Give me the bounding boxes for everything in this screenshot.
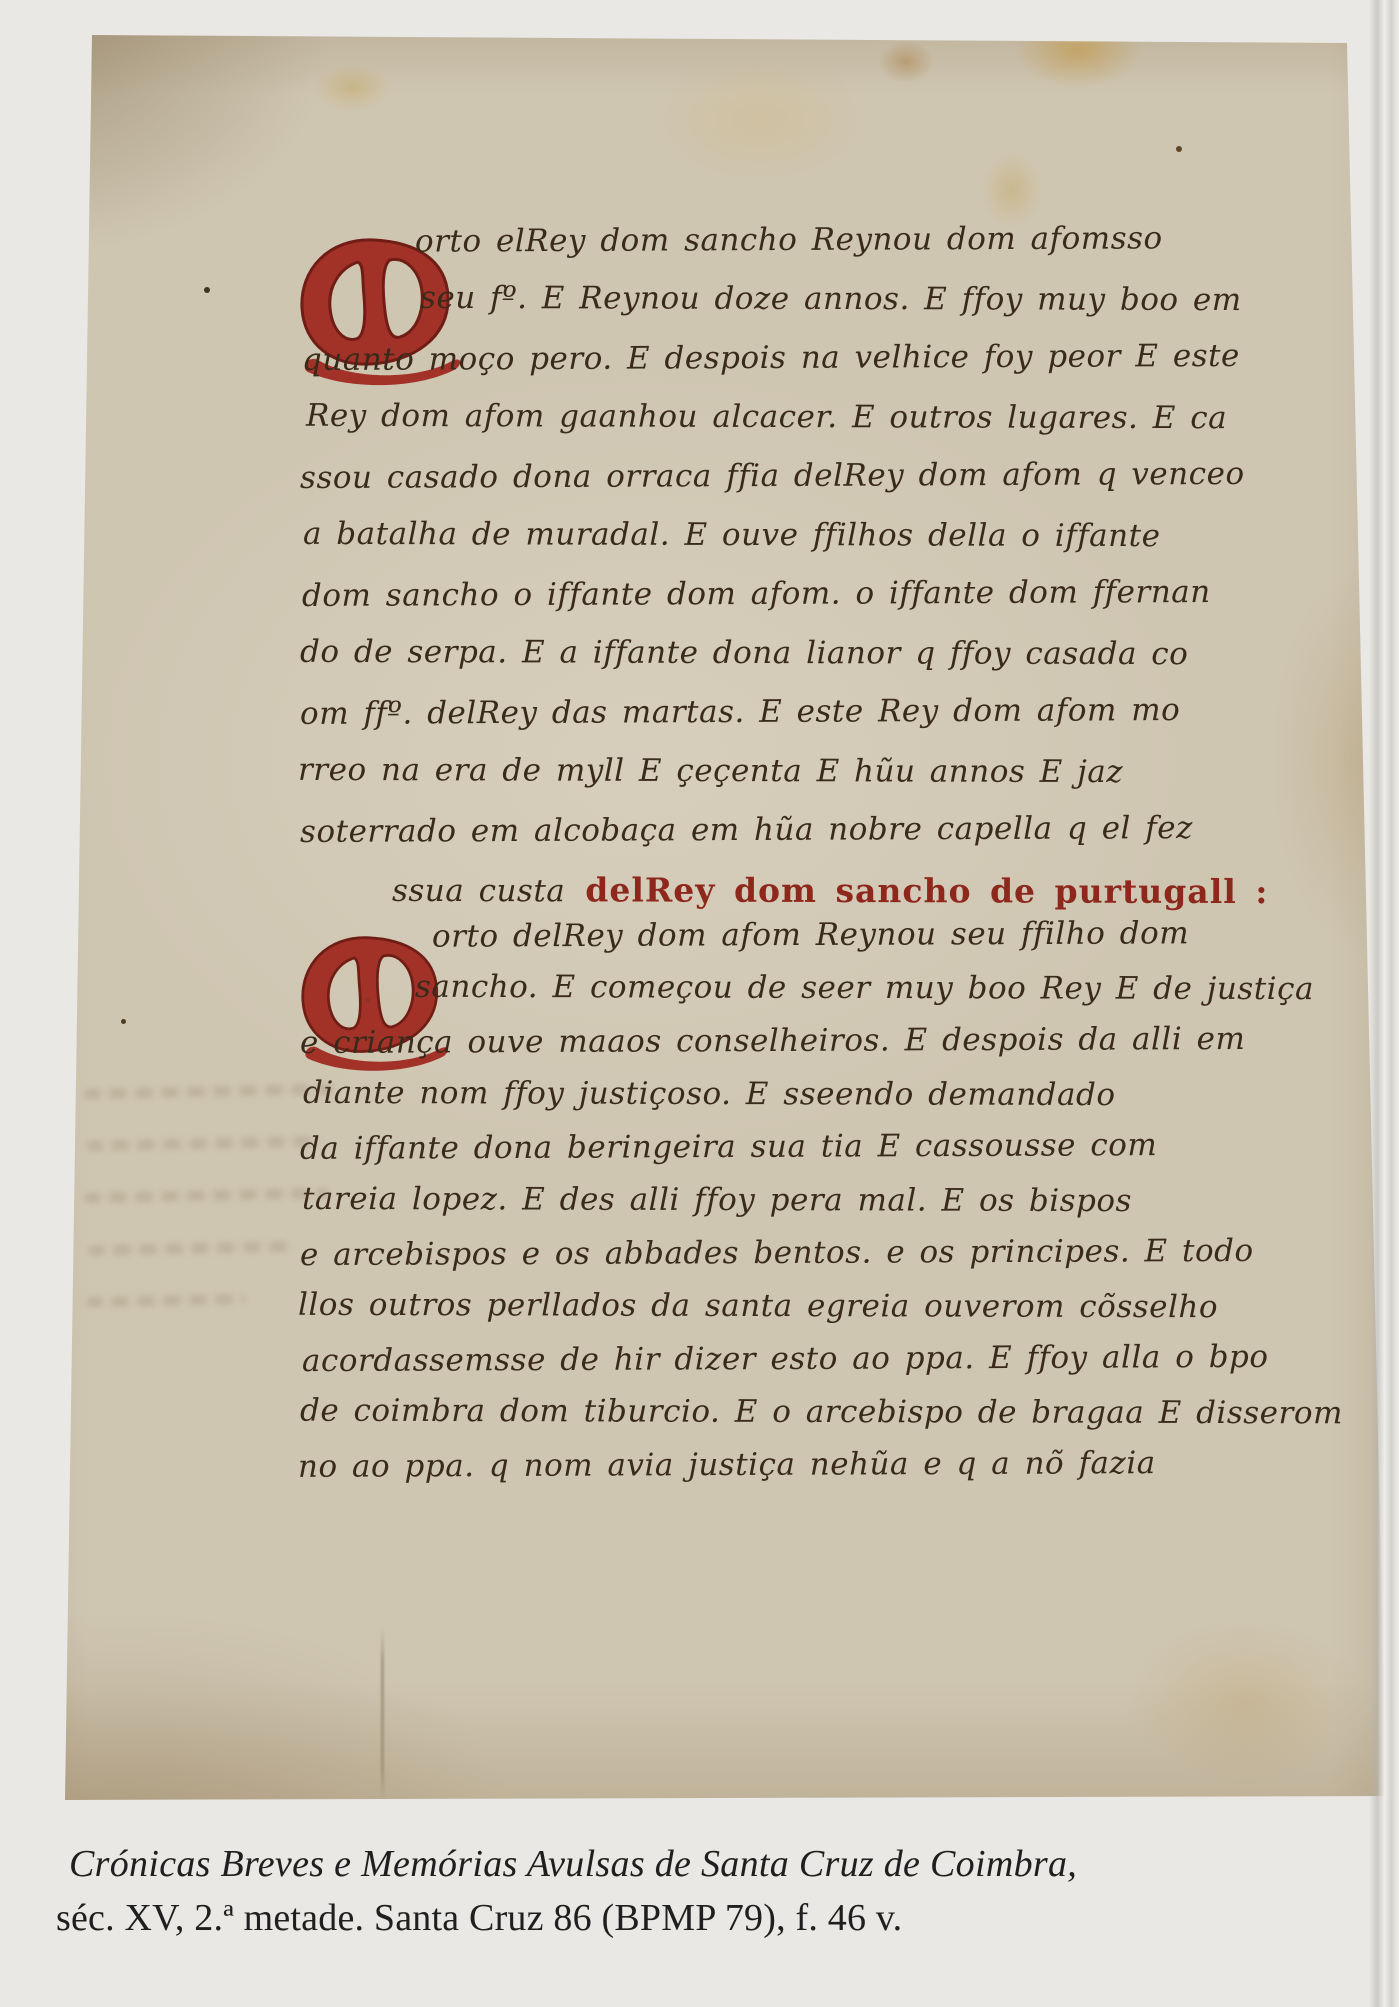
manuscript-line: a batalha de muradal. E ouve ffilhos del…: [303, 516, 1161, 554]
ink-speck: [1176, 146, 1182, 152]
rubric-prefix: ssua custa: [392, 873, 565, 909]
show-through-text: [84, 1187, 329, 1203]
manuscript-line: om ffº. delRey das martas. E este Rey do…: [300, 692, 1180, 732]
caption-reference: séc. XV, 2.ª metade. Santa Cruz 86 (BPMP…: [56, 1896, 902, 1940]
manuscript-line: orto delRey dom afom Reynou seu ffilho d…: [432, 915, 1189, 954]
manuscript-line: tareia lopez. E des alli ffoy pera mal. …: [302, 1181, 1132, 1219]
manuscript-line: do de serpa. E a iffante dona lianor q f…: [300, 634, 1188, 672]
manuscript-photo: orto elRey dom sancho Reynou dom afomsso…: [0, 0, 1399, 1810]
parchment-crease: [381, 1628, 384, 1800]
caption-title: Crónicas Breves e Memórias Avulsas de Sa…: [69, 1842, 1077, 1886]
manuscript-line: orto elRey dom sancho Reynou dom afomsso: [415, 220, 1163, 259]
ink-speck: [365, 998, 370, 1003]
manuscript-line: Rey dom afom gaanhou alcacer. E outros l…: [306, 398, 1227, 436]
ink-speck: [204, 287, 210, 293]
manuscript-line: sancho. E começou de seer muy boo Rey E …: [415, 969, 1314, 1007]
manuscript-line: no ao ppa. q nom avia justiça nehũa e q …: [298, 1445, 1156, 1485]
manuscript-line: de coimbra dom tiburcio. E o arcebispo d…: [300, 1393, 1343, 1432]
ink-speck: [121, 1019, 126, 1024]
manuscript-line: da iffante dona beringeira sua tia E cas…: [300, 1127, 1157, 1167]
manuscript-line: seu fº. E Reynou doze annos. E ffoy muy …: [420, 280, 1242, 318]
book-page-edge: [1369, 0, 1399, 2007]
show-through-text: [88, 1241, 293, 1256]
show-through-text: [84, 1083, 334, 1099]
manuscript-line: acordassemsse de hir dizer esto ao ppa. …: [302, 1339, 1269, 1379]
rubric-line: ssua custadelRey dom sancho de purtugall…: [392, 870, 1269, 911]
illuminated-initial-m: [290, 927, 455, 1085]
manuscript-line: diante nom ffoy justiçoso. E sseendo dem…: [303, 1075, 1116, 1113]
manuscript-line: soterrado em alcobaça em hũa nobre capel…: [300, 810, 1193, 850]
manuscript-line: rreo na era de myll E çeçenta E hũu anno…: [298, 752, 1123, 790]
manuscript-line: e criança ouve maaos conselheiros. E des…: [300, 1021, 1245, 1061]
manuscript-line: dom sancho o iffante dom afom. o iffante…: [302, 574, 1211, 614]
manuscript-line: ssou casado dona orraca ffia delRey dom …: [300, 456, 1245, 496]
show-through-text: [86, 1136, 321, 1152]
manuscript-line: e arcebispos e os abbades bentos. e os p…: [300, 1233, 1254, 1273]
manuscript-line: quanto moço pero. E despois na velhice f…: [302, 338, 1240, 378]
manuscript-line: llos outros perllados da santa egreia ou…: [298, 1287, 1218, 1325]
show-through-text: [86, 1293, 246, 1307]
rubric-text: delRey dom sancho de purtugall :: [585, 870, 1268, 911]
